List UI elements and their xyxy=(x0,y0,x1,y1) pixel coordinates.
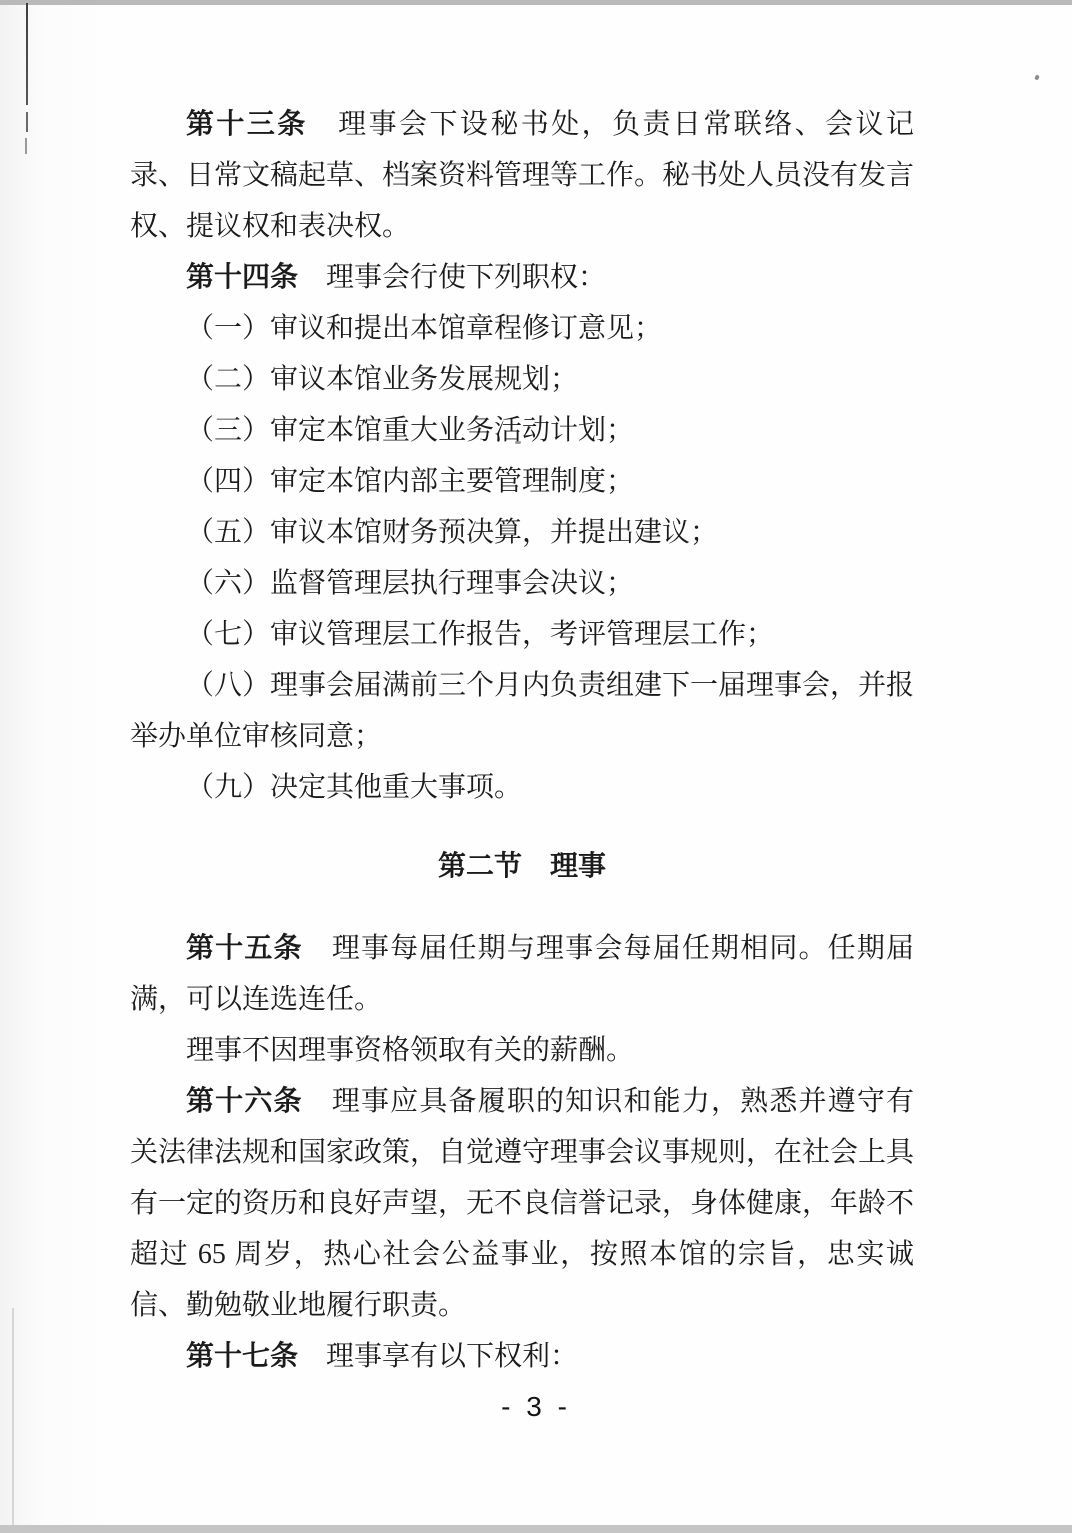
section-heading: 第二节 理事 xyxy=(130,841,914,892)
scan-artifact-bottom-bar xyxy=(0,1525,1072,1533)
paragraph: 第十五条 理事每届任期与理事会每届任期相同。任期届满，可以连选连任。 xyxy=(130,923,914,1025)
paragraph: 第十六条 理事应具备履职的知识和能力，熟悉并遵守有关法律法规和国家政策，自觉遵守… xyxy=(130,1076,914,1331)
article-number: 第十七条 xyxy=(186,1341,298,1372)
document-page: 第十三条 理事会下设秘书处，负责日常联络、会议记录、日常文稿起草、档案资料管理等… xyxy=(0,0,1072,1533)
scan-artifact-crease-line xyxy=(26,112,28,132)
scan-artifact-speck xyxy=(1034,74,1039,80)
paragraph: （四）审定本馆内部主要管理制度； xyxy=(130,456,914,507)
scan-artifact-top-bar xyxy=(0,0,1072,5)
paragraph: （九）决定其他重大事项。 xyxy=(130,762,914,813)
article-number: 第十三条 xyxy=(186,109,308,140)
page-number: - 3 - xyxy=(0,1390,1072,1424)
paragraph: （六）监督管理层执行理事会决议； xyxy=(130,558,914,609)
article-number: 第十四条 xyxy=(186,262,298,293)
scan-artifact-crease-line xyxy=(26,3,28,105)
paragraph: 第十三条 理事会下设秘书处，负责日常联络、会议记录、日常文稿起草、档案资料管理等… xyxy=(130,99,914,252)
document-body: 第十三条 理事会下设秘书处，负责日常联络、会议记录、日常文稿起草、档案资料管理等… xyxy=(130,99,914,1382)
paragraph: （三）审定本馆重大业务活动计划； xyxy=(130,405,914,456)
paragraph: 第十四条 理事会行使下列职权： xyxy=(130,252,914,303)
paragraph: （七）审议管理层工作报告，考评管理层工作； xyxy=(130,609,914,660)
paragraph: （八）理事会届满前三个月内负责组建下一届理事会，并报举办单位审核同意； xyxy=(130,660,914,762)
paragraph: 理事不因理事资格领取有关的薪酬。 xyxy=(130,1025,914,1076)
scan-artifact-crease-line xyxy=(25,138,27,154)
paragraph: （五）审议本馆财务预决算，并提出建议； xyxy=(130,507,914,558)
paragraph: （二）审议本馆业务发展规划； xyxy=(130,354,914,405)
article-number: 第十六条 xyxy=(186,1086,303,1117)
paragraph: （一）审议和提出本馆章程修订意见； xyxy=(130,303,914,354)
paragraph: 第十七条 理事享有以下权利： xyxy=(130,1331,914,1382)
article-number: 第十五条 xyxy=(186,933,303,964)
